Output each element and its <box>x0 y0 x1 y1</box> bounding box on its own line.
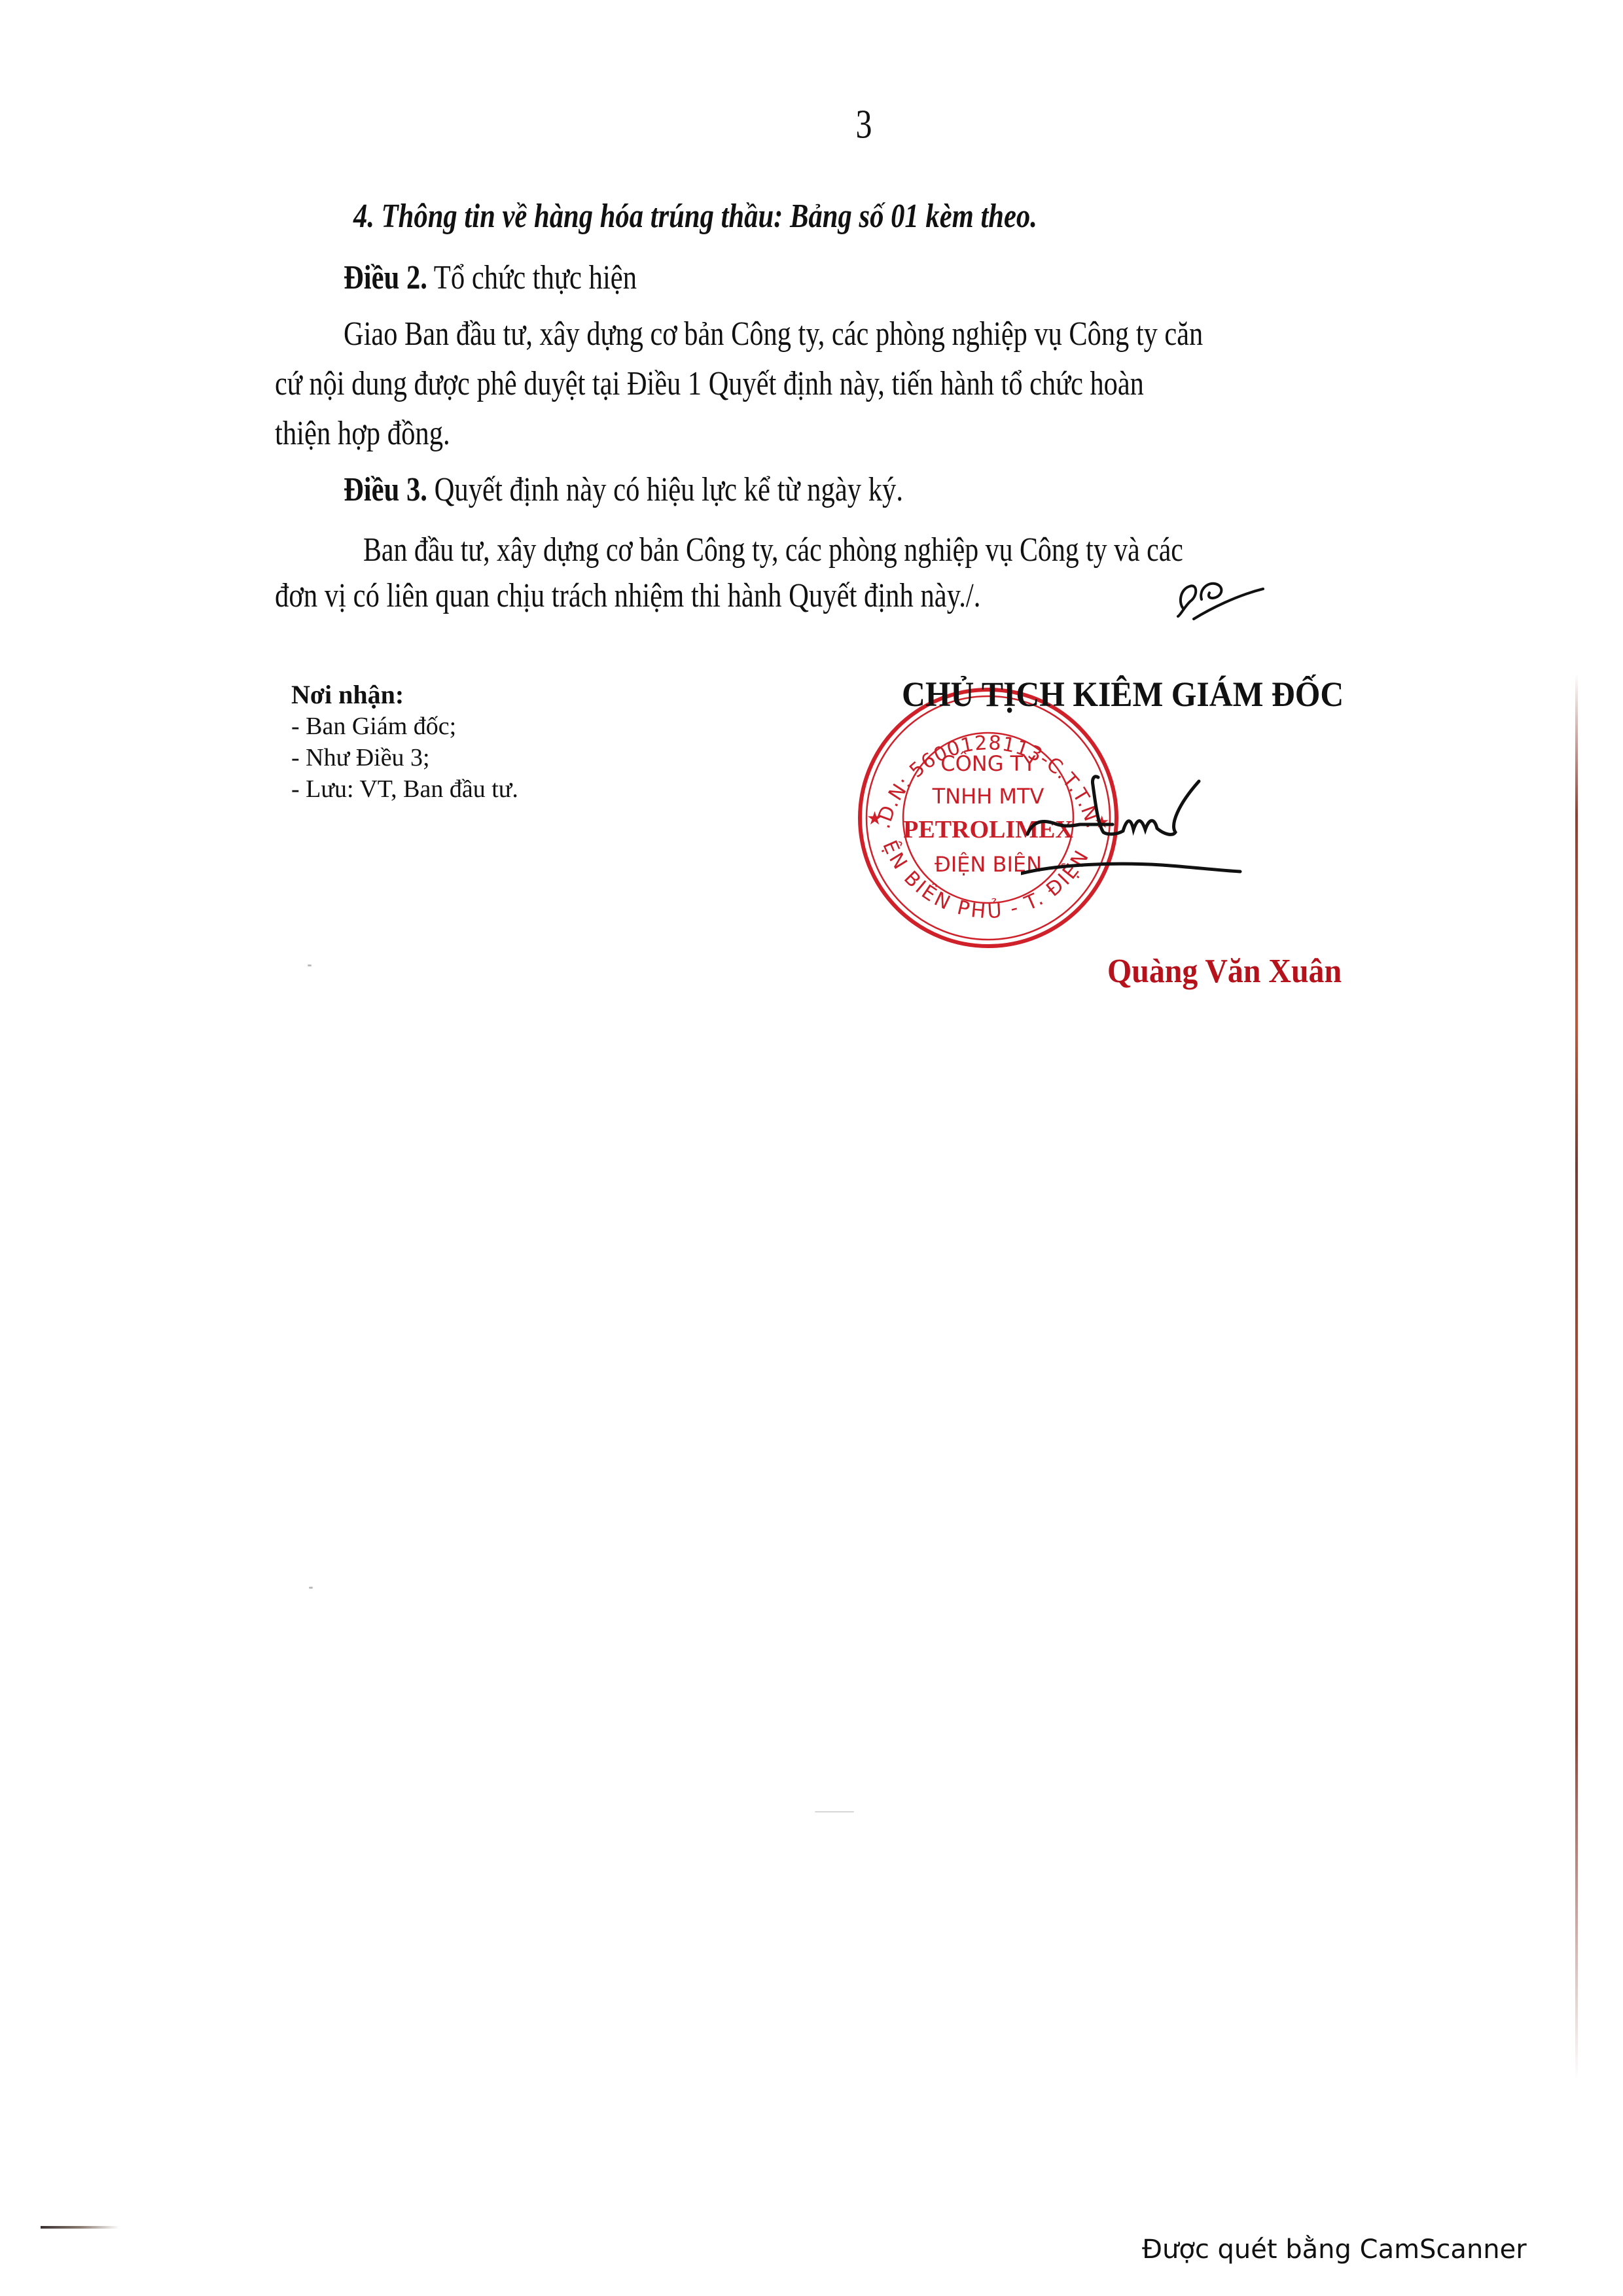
article-3-body-line-1: Ban đầu tư, xây dựng cơ bản Công ty, các… <box>363 525 1554 576</box>
article-2-title: Tổ chức thực hiện <box>434 259 637 296</box>
article-3-body-line-2: đơn vị có liên quan chịu trách nhiệm thi… <box>275 571 1466 622</box>
recipients-heading: Nơi nhận: <box>291 679 518 711</box>
article-2-heading: Điều 2. Tổ chức thực hiện <box>344 253 1535 304</box>
scan-speck <box>815 1811 854 1812</box>
section-4-line: 4. Thông tin về hàng hóa trúng thầu: Bản… <box>353 191 1544 242</box>
section-4-text: 4. Thông tin về hàng hóa trúng thầu: Bản… <box>353 191 1037 242</box>
article-3-heading: Điều 3. Quyết định này có hiệu lực kể từ… <box>344 465 1535 516</box>
camscanner-watermark: Được quét bằng CamScanner <box>1142 2234 1527 2265</box>
page-number: 3 <box>0 100 1623 148</box>
handwritten-signature-icon <box>1021 772 1257 890</box>
signer-title: CHỦ TỊCH KIÊM GIÁM ĐỐC <box>902 674 1344 715</box>
recipient-item: - Lưu: VT, Ban đầu tư. <box>291 773 518 805</box>
scan-speck <box>309 1587 313 1589</box>
scan-edge-right <box>1575 674 1578 2081</box>
article-3-label: Điều 3. <box>344 471 427 508</box>
initials-signature-icon <box>1171 569 1270 622</box>
article-3-title: Quyết định này có hiệu lực kể từ ngày ký… <box>435 471 903 508</box>
article-2-body-line-1: Giao Ban đầu tư, xây dựng cơ bản Công ty… <box>344 309 1535 360</box>
recipients-block: Nơi nhận: - Ban Giám đốc; - Như Điều 3; … <box>291 679 518 805</box>
article-2-body-line-3: thiện hợp đồng. <box>275 408 1466 459</box>
article-2-label: Điều 2. <box>344 259 427 296</box>
scan-speck <box>308 964 312 966</box>
scan-edge-bottom <box>41 2226 119 2229</box>
recipient-item: - Ban Giám đốc; <box>291 711 518 742</box>
signer-name: Quàng Văn Xuân <box>1107 952 1342 991</box>
recipient-item: - Như Điều 3; <box>291 742 518 773</box>
stamp-star-left-icon: ★ <box>866 807 883 829</box>
article-2-body-line-2: cứ nội dung được phê duyệt tại Điều 1 Qu… <box>275 359 1466 410</box>
